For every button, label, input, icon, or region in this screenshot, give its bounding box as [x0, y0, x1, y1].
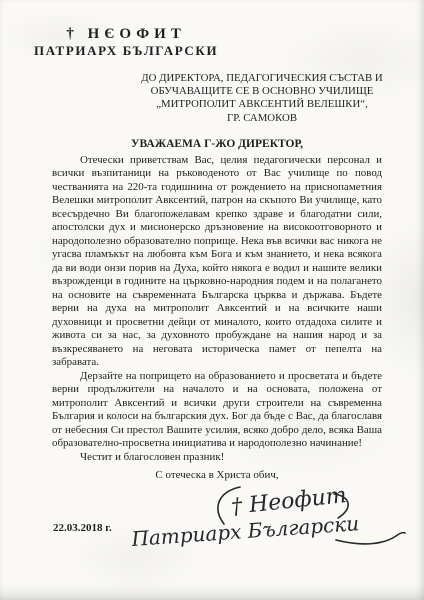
letterhead-title: ПАТРИАРХ БЪЛГАРСКИ: [34, 43, 218, 59]
addressee-line: „МИТРОПОЛИТ АВКСЕНТИЙ ВЕЛЕШКИ“,: [121, 98, 403, 111]
addressee-line: ГР. САМОКОВ: [121, 112, 403, 125]
signature-row: 22.03.2018 г. † Неофит Патриарх Българск…: [53, 484, 410, 560]
letter-body: Отечески приветствам Вас, целия педагоги…: [52, 154, 382, 465]
addressee-line: ДО ДИРЕКТОРА, ПЕДАГОГИЧЕСКИЯ СЪСТАВ И: [121, 72, 403, 85]
letterhead-name: † НЄОФИТ: [34, 25, 218, 43]
letterhead: † НЄОФИТ ПАТРИАРХ БЪЛГАРСКИ: [34, 25, 218, 59]
scanned-letter-page: † НЄОФИТ ПАТРИАРХ БЪЛГАРСКИ ДО ДИРЕКТОРА…: [0, 0, 424, 600]
addressee-line: ОБУЧАВАЩИТЕ СЕ В ОСНОВНО УЧИЛИЩЕ: [121, 85, 403, 98]
handwritten-signature: † Неофит Патриарх Български: [132, 484, 410, 560]
paragraph-1: Отечески приветствам Вас, целия педагоги…: [52, 154, 382, 370]
paragraph-2: Дерзайте на попрището на образованието и…: [52, 370, 382, 451]
letter-date: 22.03.2018 г.: [53, 522, 112, 534]
salutation: УВАЖАЕМА Г-ЖО ДИРЕКТОР,: [52, 137, 382, 151]
paragraph-greeting: Честит и благословен празник!: [52, 451, 382, 465]
closing-line: С отеческа в Христа обич,: [52, 468, 382, 482]
addressee-block: ДО ДИРЕКТОРА, ПЕДАГОГИЧЕСКИЯ СЪСТАВ И ОБ…: [121, 72, 403, 125]
